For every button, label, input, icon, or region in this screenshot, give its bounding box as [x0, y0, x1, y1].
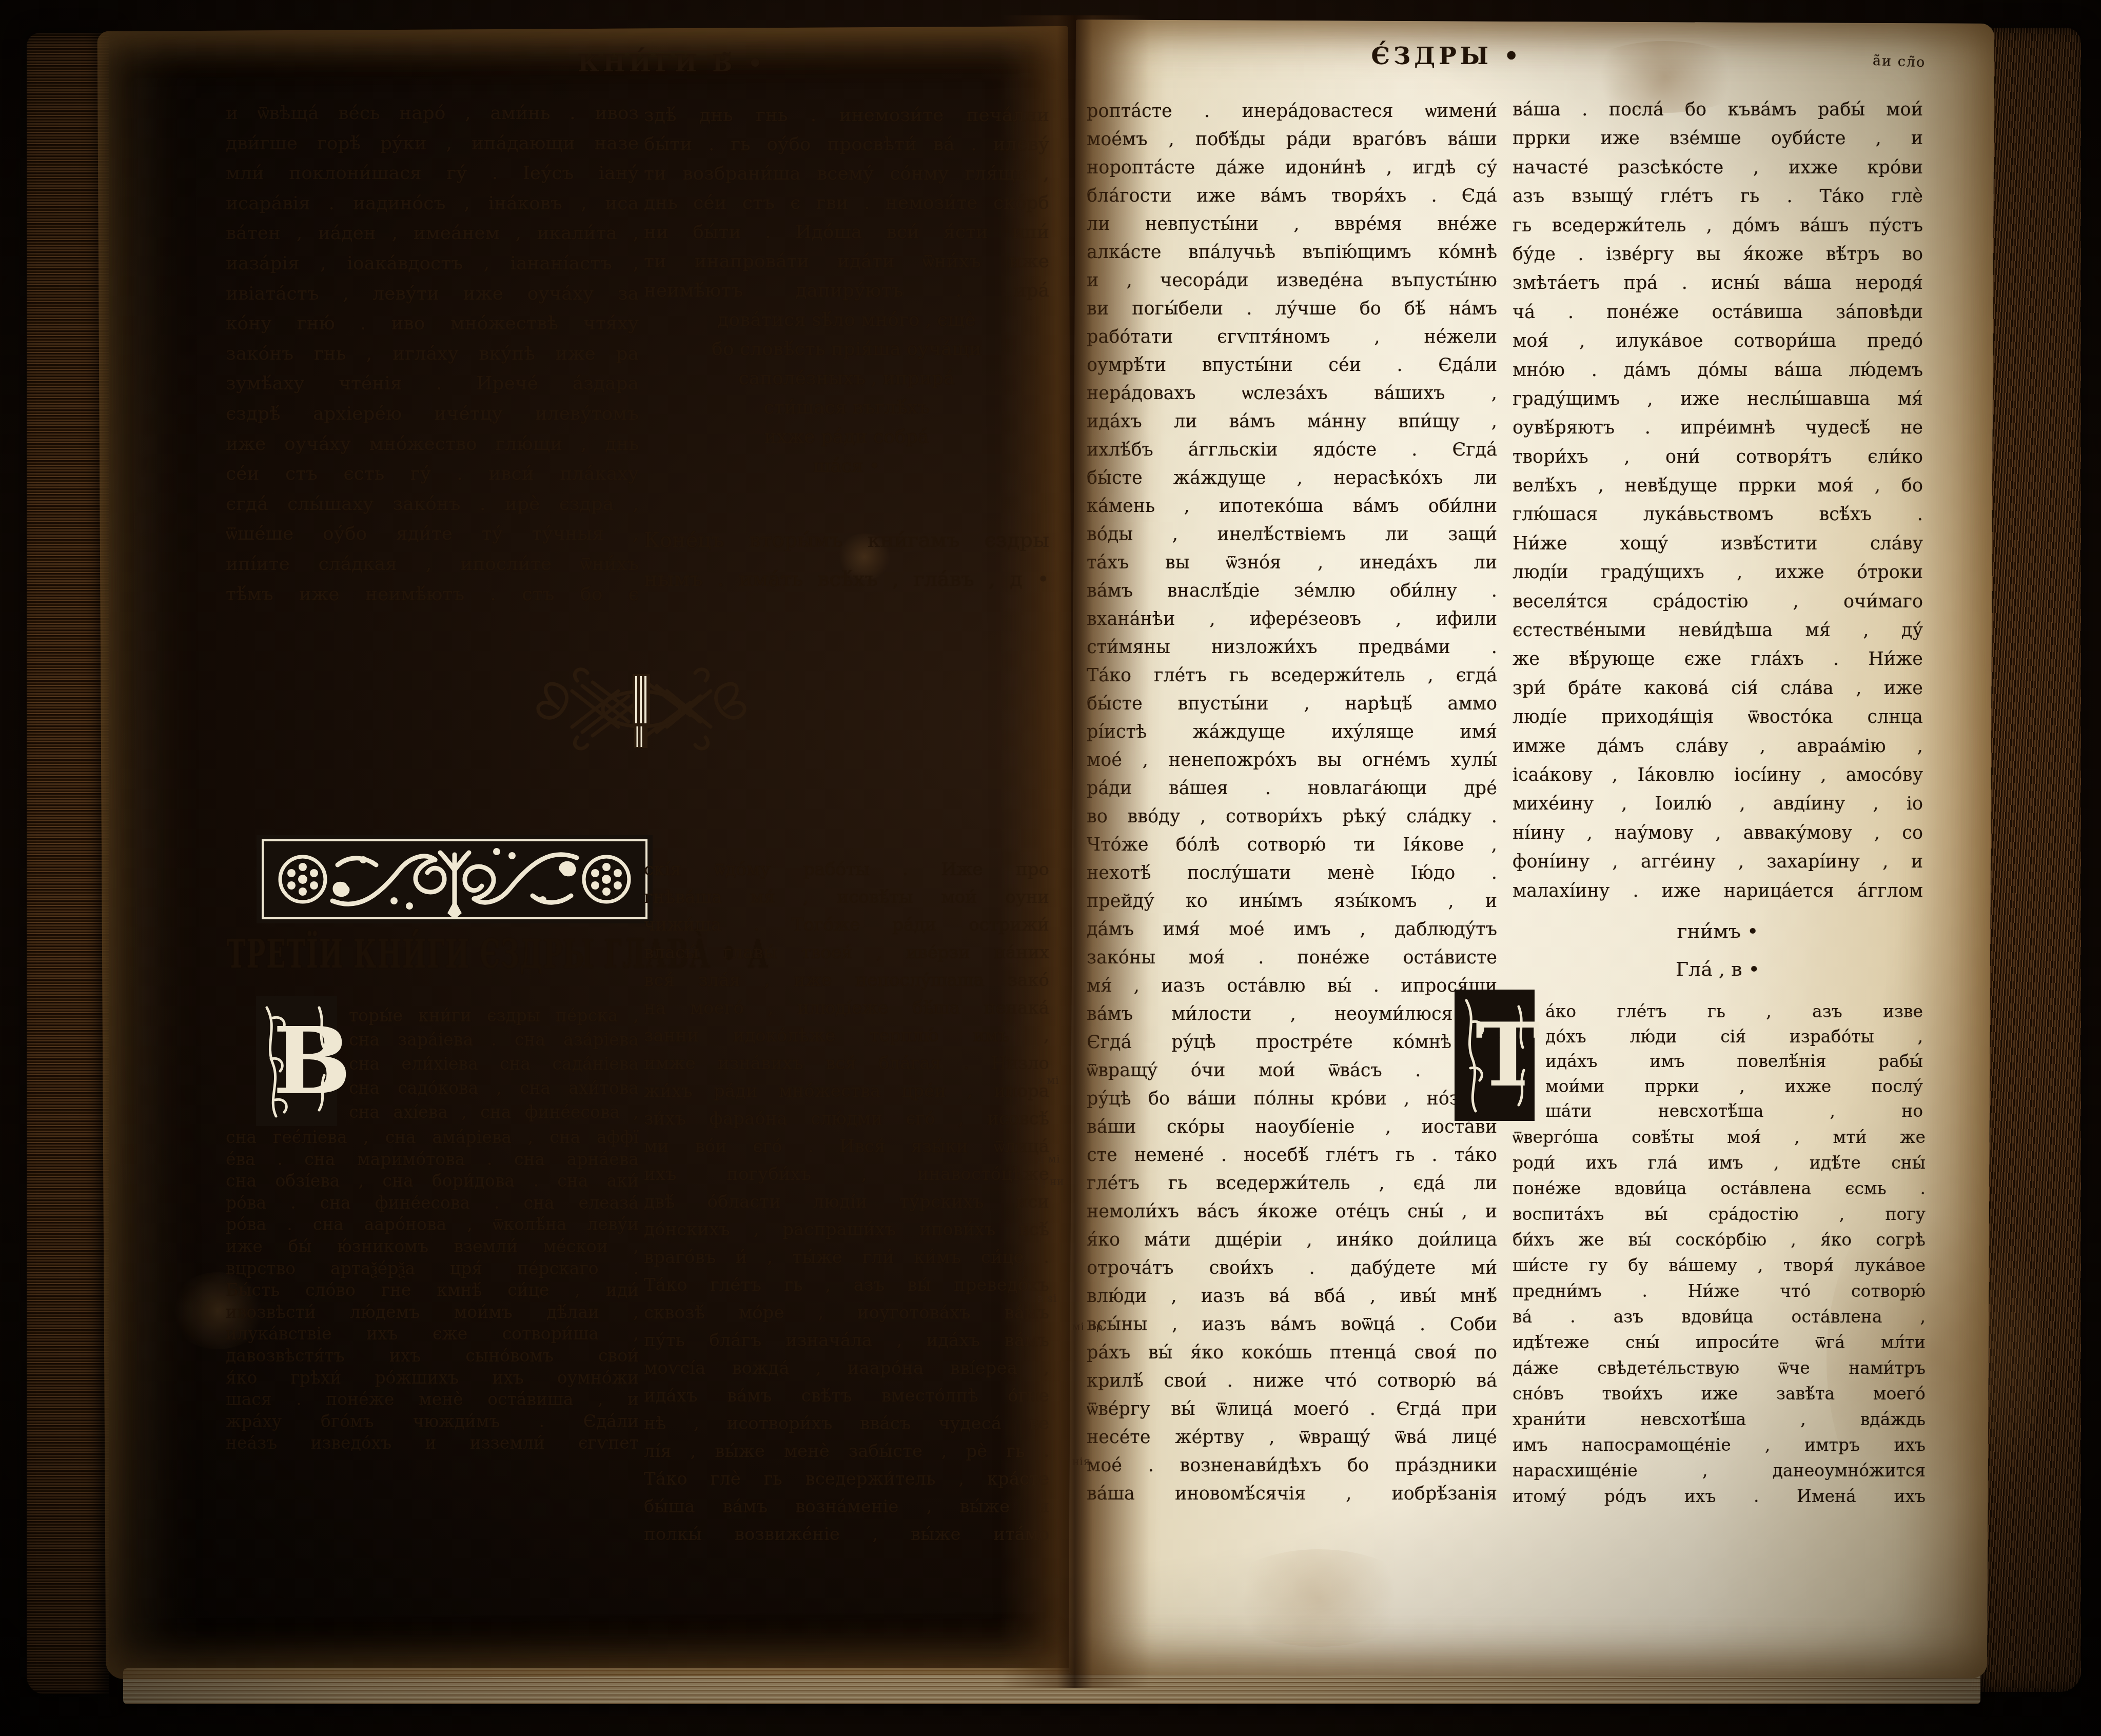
text-line: нехотѣ́ послу́шати менѐ Ію́до .: [1087, 859, 1497, 887]
text-line: иже бы́ ю́зникомъ вземли́ ме́скои ,: [226, 1236, 639, 1258]
text-line: зумѣ́аху чте́нія . Ирече́ а́здара: [226, 369, 639, 399]
text-line: немоли́хъ ва́съ я́коже оте́цъ сны́ , и: [1087, 1198, 1497, 1226]
text-line: Та́ко гле́тъ гь , азъ вы́ преведо́хъ: [644, 1271, 1049, 1299]
text-line: бо словѣ́сть прія́ша оуча́щи: [644, 334, 1049, 364]
text-line: ихлѣ́бъ а́ггльскіи ядо́сте . Єгда́: [1087, 436, 1497, 464]
text-line: мое́ . возненави́дѣхъ бо пра́здники: [1087, 1452, 1497, 1480]
text-line: мое́ , ненепожро́хъ вы огне́мъ хулы́: [1087, 746, 1497, 775]
initial-letter-block-v: В: [258, 997, 336, 1125]
text-line: ви погы́бели . лу́чше бо бѣ́ на́мъ: [1087, 295, 1497, 323]
text-line: мно́ю . да́мъ до́мы ва́ша лю́демъ: [1513, 356, 1923, 385]
text-line: змѣта́етъ пра́ . исны́ ва́ша неродя́: [1513, 269, 1923, 298]
text-line: бы́сте жа́ждуще , нерасѣко́хъ ли: [1087, 464, 1497, 492]
text-line: иже оуча́ху мно́жество глю́щи , днь: [226, 429, 639, 460]
text-line: велѣ́хъ , невѣ́дуще пррки моя́ , бо: [1513, 471, 1923, 500]
text-line: дова́тися ѕѣ́ло мно́го , єщѐ: [644, 305, 1049, 334]
text-line: ша́ся •: [644, 451, 1049, 481]
text-line: ихъ погуби́хъ , инавосто́цѣже: [644, 1160, 1049, 1188]
text-line: воспита́хъ вы́ сра́достію , погу: [1513, 1201, 1926, 1227]
text-line: ра́хъ вы́ я́ко коко́шь птенца́ своя́ по: [1087, 1339, 1497, 1367]
initial-letter-t: Т: [1456, 991, 1546, 1119]
text-line: оумрѣ́ти впусты́ни се́и . Єда́ли: [1087, 351, 1497, 380]
text-line: моѵсі́а вожда́ , иааро́на вві́ереа ,: [644, 1354, 1049, 1382]
text-line: во вво́ду , сотвори́хъ рѣку́ сла́дку .: [1087, 803, 1497, 831]
text-line: крилѣ́ свои́ . ниже что́ сотворю́ ва́: [1087, 1367, 1497, 1395]
marginal-note: ѕ мі: [1037, 1075, 1073, 1086]
left-running-head: КНИ́ГИ В̃ •: [508, 49, 836, 77]
marginal-note: іѯ ни: [1037, 1176, 1073, 1187]
text-line: всы́ны , иазъ ва́мъ воѿца́ . Соби: [1087, 1311, 1497, 1339]
text-line: се́и стъ єсть гу́ . ивси́ пла́каху: [226, 459, 639, 489]
text-line: алка́сте впа́лучьѣ въпію́щимъ ко́мнѣ: [1087, 239, 1497, 267]
text-line: враго́въ и́ , ты́же гли́ ки́мъ си́це .: [644, 1244, 1049, 1271]
text-line: саполе́зныхъ , иприра́: [644, 364, 1049, 393]
left-page-block-edge: [27, 33, 109, 1694]
left-col2-taper-text: дова́тися ѕѣ́ло мно́го , єщѐбо словѣ́сть…: [644, 305, 1049, 481]
text-line: мли́ поклони́шася гу́ . Іеу́съ іану́: [226, 159, 639, 189]
text-line: ши́сте гу бу ва́шему , творя́ лука́вое: [1513, 1253, 1926, 1278]
text-line: храни́ти невсхотѣ́ша , вда́ждь: [1513, 1407, 1926, 1432]
text-line: зако́нъ гнь , игла́ху вку́пѣ иже ра: [226, 339, 639, 369]
text-line: лі́я , вы́же менѐ забы́сте , рѐ гь .: [644, 1437, 1049, 1465]
text-line: ча́ . поне́же оста́виша за́повѣди: [1513, 298, 1923, 327]
text-line: дви́гше горѣ́ ру́ки , ипа́дающи назе: [226, 129, 639, 159]
text-line: да́мъ имя́ мое́ имъ , даблюду́тъ: [1087, 916, 1497, 944]
text-line: я́ко грѣхи́ ро́жшихъ ихъ оумно́жи: [226, 1367, 639, 1389]
text-line: неа́зъ изведо́хъ и изземли́ єгѵпет: [226, 1432, 639, 1454]
text-line: бы́ти . гь оу́бо просвѣти́ ва́ . илеву́: [644, 130, 1049, 159]
text-line: сна геє́ліева , сна ама́ріева , сна аффї: [226, 1127, 639, 1149]
text-line: зако́ны моя́ . поне́же оста́висте: [1087, 944, 1497, 972]
knot-ornament-svg: [528, 663, 754, 755]
text-line: бы́ша ва́мъ возна́меніе , вы́же и: [644, 1493, 1049, 1521]
text-line: предни́мъ . Ни́же что́ сотворю́: [1513, 1278, 1926, 1304]
right-col2-indent-text: а́ко гле́тъ гь , азъ изведо́хъ лю́ди сія…: [1545, 999, 1923, 1124]
left-col1-newbook-full: сна геє́ліева , сна ама́ріева , сна аффї…: [226, 1127, 639, 1454]
text-line: во́ды , инелѣ́ствіемъ ли защи́: [1087, 521, 1497, 549]
text-line: сна ели́хіева сна сада́ніева: [349, 1052, 639, 1076]
marginal-note: в ѕі: [1037, 1293, 1073, 1304]
text-line: рі́истѣ жа́ждуще иху́ляще имя́: [1087, 718, 1497, 746]
text-line: нымъ . има́ть всѣ́хъ , гла́въ , д •: [644, 563, 1049, 595]
text-line: Та́ко глѐ гь вседержи́тель , кра́сте: [644, 1465, 1049, 1493]
text-line: Что́же бо́лѣ сотворю́ ти Ія́кове ,: [1087, 831, 1497, 859]
right-running-head: Є́ЗДРЫ •: [1283, 42, 1611, 70]
text-line: гнѣва́ша мя́ , исовѣ́ты мои́ оуни: [644, 883, 1049, 911]
initial-letter-block-t: Т: [1456, 991, 1533, 1119]
text-line: ида́хъ ва́мъ свѣ́тъ вместо́лпѣ о́гне: [644, 1382, 1049, 1410]
colophon: Коне́цъ вторы́мъ кни́гамъ єздрынымъ . им…: [644, 524, 1049, 602]
text-line: шася . поне́же менѐ оста́виша , и: [226, 1389, 639, 1411]
text-line: здѣ́ днь гнь . инемози́те печа́лни: [644, 101, 1049, 130]
text-line: би́хъ же вы́ соско́рбію , я́ко согрѣ: [1513, 1227, 1926, 1253]
knot-ornament: [528, 663, 754, 755]
text-line: норопта́сте да́же идони́нѣ , игдѣ су́: [1087, 154, 1497, 182]
text-line: ти инапрова́ти ида́ти ѿни́хъ иже: [644, 247, 1049, 276]
text-line: сти́шася въглѣ́хъ: [644, 393, 1049, 422]
text-line: идѣ́теже сны́ ипроси́те ѿга́ мл́ти: [1513, 1330, 1926, 1355]
marginal-note: д мі: [1037, 1153, 1073, 1165]
text-line: ва́тен , иа́ден , имеа́нем , икали́та ,: [226, 219, 639, 249]
text-line: днь се́и стъ є гви . немози́те ско́рб: [644, 188, 1049, 218]
marginal-note: мі пр: [1072, 1321, 1108, 1332]
text-line: веселя́тся сра́достію , очи́маго: [1513, 587, 1923, 616]
text-line: рабо́тати єгѵптя́номъ , не́жели: [1087, 323, 1497, 351]
right-col1-text: ропта́сте . инера́довастеся ѡимени́мое́м…: [1087, 97, 1497, 1508]
text-line: сно́въ твои́хъ иже завѣ́та моего́: [1513, 1381, 1926, 1407]
text-line: моя́ , илука́вое сотвори́ша предо́: [1513, 327, 1923, 356]
text-line: ропта́сте . инера́довастеся ѡимени́: [1087, 97, 1497, 126]
text-line: нарасхище́ніе , данеоумно́жится: [1513, 1458, 1926, 1484]
text-line: ва́ша иновомѣ́сячія , иобрѣ́занія: [1087, 1480, 1497, 1508]
text-line: влю́ди , иазъ ва́ вба́ , ивы́ мнѣ́: [1087, 1283, 1497, 1311]
chapter-title: ТРЕТЇИ КНИ́ГИ ЄЗДРЫ ГЛАВА̀ • А: [227, 931, 644, 977]
text-line: начасте́ разсѣко́сте , ихже кро́ви: [1513, 153, 1923, 182]
text-line: ка́мень , ипотеко́ша ва́мъ оби́лни: [1087, 492, 1497, 521]
text-line: ми во́и єго́ . Ився́ язы́ки ѿлица́: [644, 1133, 1049, 1160]
text-line: бла́гости иже ва́мъ творя́хъ . Єда́: [1087, 182, 1497, 210]
text-line: ра́ди ва́шея . новлага́ющи дре́: [1087, 775, 1497, 803]
text-line: ша́ти невсхотѣ́ша , но: [1545, 1099, 1923, 1124]
text-line: та́хъ вы ѿзно́я , инеда́хъ ли: [1087, 549, 1497, 577]
text-line: гь вседержи́тель , до́мъ ва́шъ пу́стъ: [1513, 211, 1923, 240]
text-line: несе́те же́ртву , ѿвращу́ ѿва́ лице́: [1087, 1424, 1497, 1452]
text-line: скі́я ѿдо́му рабо́ты . Иже про: [644, 856, 1049, 883]
text-line: нера́довахъ ѡслеза́хъ ва́шихъ ,: [1087, 380, 1497, 408]
initial-letter-v: В: [258, 997, 351, 1125]
text-line: занни идоко́лѣже терплю́ имъ ,: [644, 1022, 1049, 1050]
text-line: е́ва . сна маримо́това . сна арна́ева: [226, 1149, 639, 1171]
text-line: полкы́ возвиже́ніе , вы́же ита́мо: [644, 1521, 1049, 1548]
text-line: сквозѣ́ мо́ре , иоуготова́хъ ва́мъ: [644, 1299, 1049, 1327]
text-line: ти возбрани́ша всему́ со́нму гля́щи ,: [644, 159, 1049, 188]
text-line: роди́ ихъ гла́ имъ , идѣ́те сны́: [1513, 1150, 1926, 1176]
text-line: давозвѣстя́тъ ихъ сыно́вомъ свои́: [226, 1345, 639, 1367]
text-line: двѣ́ о́бласти люді́и ту́рскихъ иси: [644, 1188, 1049, 1216]
text-line: отроча́тъ свои́хъ . дабу́дете ми́: [1087, 1254, 1497, 1283]
text-line: люді́и граду́щихъ , ихже о́троки: [1513, 558, 1923, 587]
text-line: поне́же вдови́ца оста́влена єсмь .: [1513, 1176, 1926, 1201]
text-line: да́же свѣдете́льствую ѿче нами́тръ: [1513, 1355, 1926, 1381]
text-line: єстестве́ными неви́дѣша мя́ , ду́: [1513, 616, 1923, 645]
text-line: прейду́ ко ины́мъ язы́комъ , и: [1087, 887, 1497, 916]
text-line: до́хъ лю́ди сія́ израбо́ты ,: [1545, 1024, 1923, 1050]
text-line: ва́мъ ми́лости , неоуми́люся .: [1087, 1000, 1497, 1029]
text-line: Єгда́ ру́цѣ простре́те ко́мнѣ ,: [1087, 1029, 1497, 1057]
text-line: нѣ , исотвори́хъ вва́съ чудеса́ ве: [644, 1410, 1049, 1437]
text-line: пррки иже взе́мше оуби́сте , и: [1513, 124, 1923, 153]
text-line: тѣ́мъ иже неимѣ́ютъ . стъ бо є: [226, 580, 639, 610]
text-line: ру́цѣ бо ва́ши по́лны кро́ви , но́зѣже: [1087, 1085, 1497, 1113]
text-line: фоні́ину , агге́ину , захарі́ину , и: [1513, 847, 1923, 876]
text-line: ли невпусты́ни , ввре́мя вне́же: [1087, 210, 1497, 239]
text-line: Коне́цъ вторы́мъ кни́гамъ єздры: [644, 524, 1049, 556]
text-line: твори́хъ , они́ сотворя́тъ єли́ко: [1513, 443, 1923, 471]
right-col2-full-text: ѿверго́ша совѣ́ты моя́ , мти́ жероди́ их…: [1513, 1125, 1926, 1509]
text-line: бу́де . ізве́ргу вы я́коже вѣ́тръ во: [1513, 240, 1923, 269]
text-line: до́нскихъ , распраши́хъ ипови́хъ всѣ́: [644, 1216, 1049, 1244]
text-line: имже да́мъ сла́ву , авраа́мію ,: [1513, 732, 1923, 761]
text-line: глю́шася лука́вьствомъ всѣ́хъ .: [1513, 500, 1923, 529]
text-line: торы́е кни́ги єздры пе́рска ,: [349, 1003, 639, 1028]
text-line: граду́щимъ , иже неслы́шавша мя́: [1513, 385, 1923, 413]
text-line: оувѣ́ряютъ . ипре́имнѣ чудесѣ́ не: [1513, 413, 1923, 442]
text-line: вся́ зла́я , иже непослу́шаша зако́: [644, 966, 1049, 994]
text-line: мя́ , иазъ оста́влю вы́ . ипрося́щи: [1087, 972, 1497, 1000]
text-line: зи́хъ фарао́на слю́дми єго́ , исовсѣ́: [644, 1105, 1049, 1133]
text-line: сте немене́ . носебѣ́ гле́тъ гь . та́ко: [1087, 1141, 1497, 1170]
text-line: и ѿвѣща́ ве́сь наро́ , ами́нь . ивоз: [226, 98, 639, 129]
text-line: ва́ша . посла́ бо къва́мъ рабы́ мои́: [1513, 95, 1923, 124]
text-line: ва́ . азъ вдови́ца оста́влена ,: [1513, 1304, 1926, 1330]
text-line: имъ напосрамоще́ніе , имтръ ихъ: [1513, 1432, 1926, 1458]
text-line: ѿвращу́ о́чи мои́ ѿва́съ . зане́: [1087, 1057, 1497, 1085]
text-line: ипі́ите сла́дкая , ипосли́те ѿни́хъ: [226, 549, 639, 580]
text-line: ивозвѣсти́ лю́демъ мои́мъ дѣ́лаи ,: [226, 1301, 639, 1324]
text-line: Та́ко гле́тъ гь вседержи́тель , єгда́: [1087, 662, 1497, 690]
text-line: исара́вія . иадино́съ , іна́ковъ , иса: [226, 189, 639, 219]
text-line: я́ко ма́ти дще́ріи , иня́ко дои́лица: [1087, 1226, 1497, 1254]
text-line: ѿве́ргу вы́ ѿлица́ моего́ . Єгда́ при: [1087, 1395, 1497, 1424]
marginal-note: нія: [1072, 1456, 1108, 1467]
text-line: люді́е приходя́щія ѿвосто́ка слнца: [1513, 703, 1923, 732]
text-line: а́ко гле́тъ гь , азъ изве: [1545, 999, 1923, 1024]
right-col2-center-lines: гни́мъ •Гла́ , в •: [1513, 912, 1923, 988]
text-line: гле́тъ гь вседержи́тель , єда́ ли: [1087, 1170, 1497, 1198]
text-line: же вѣ́рующе єже гла́хъ . Ни́же: [1513, 645, 1923, 674]
text-line: сна зара́іева . сна аза́ріева: [349, 1028, 639, 1052]
text-line: зри́ бра́те какова́ сія́ сла́ва , иже: [1513, 674, 1923, 703]
text-line: ида́хъ имъ повелѣ́нія рабы́: [1545, 1049, 1923, 1074]
book-photo: КНИ́ГИ В̃ • и ѿвѣща́ ве́сь наро́ , ами́н…: [0, 0, 2101, 1736]
text-line: єгда́ слы́шаху зако́нъ . ирѐ єздра ,: [226, 489, 639, 520]
text-line: имже изна́вихъ вся́ бла́гая . Низло: [644, 1050, 1049, 1077]
text-line: ни бы́ти . Идо́ша вси́ я́сти ипи́: [644, 218, 1049, 247]
text-line: азъ взыщу́ гле́тъ гь . Та́ко глѐ: [1513, 182, 1923, 211]
quire-signature: а̃и сл̃о: [1873, 53, 1966, 72]
text-line: бы́сте впусты́ни , нарѣцѣ́ аммо: [1087, 690, 1497, 718]
text-line: иаза́рія , іоака́вдостъ , іанані́астъ ,: [226, 249, 639, 279]
text-line: ро́ва . сна фине́есова . сна елеаза́: [226, 1192, 639, 1214]
text-line: неимѣ́ютъ дапиру́ютъ . ира́: [644, 276, 1049, 305]
text-line: Гла́ , в •: [1513, 950, 1923, 988]
text-line: вхана́нѣи , ифере́зеовъ , ифили: [1087, 605, 1497, 634]
text-line: ко́ну гню́ . иво мно́жествѣ чтя́ху: [226, 309, 639, 339]
text-line: жи́хъ ра́ди мно́жества цре́и , ипора: [644, 1077, 1049, 1105]
text-line: на моего́ , илюді́еже бѣ́ша ненака́: [644, 994, 1049, 1022]
text-line: чижи́ша . Того́же ра́ди острижи́: [644, 911, 1049, 939]
left-col1-top-text: и ѿвѣща́ ве́сь наро́ , ами́нь . ивоздви́…: [226, 98, 639, 609]
headpiece-svg: [256, 834, 654, 924]
text-line: ва́ши ско́ры наоубі́еніе , иоста́ви: [1087, 1113, 1497, 1141]
text-line: и , чесора́ди изведе́на въпусты́ню: [1087, 267, 1497, 295]
text-line: вцрство артаѯе́рѯа цря́ пе́рскаго .: [226, 1258, 639, 1280]
text-line: ѿверго́ша совѣ́ты моя́ , мти́ же: [1513, 1125, 1926, 1150]
text-line: Ни́же хощу́ извѣ́стити сла́ву: [1513, 529, 1923, 558]
text-line: гни́мъ •: [1513, 912, 1923, 950]
text-line: сти́мяны низложи́хъ предва́ми .: [1087, 634, 1497, 662]
text-line: ида́хъ ли ва́мъ ма́нну впи́щу ,: [1087, 408, 1497, 436]
text-line: ихже ра́ди собра́: [644, 422, 1049, 451]
text-line: Бы́сть сло́во гне кмнѣ́ си́це , иди́: [226, 1279, 639, 1301]
text-line: ро́ва . сна ааро́нова , ѿколѣ́на леву́и: [226, 1214, 639, 1236]
text-line: михе́ину , Іоилю́ , авді́ину , іо: [1513, 790, 1923, 818]
text-line: власы́ главы́ твоея́ , иве́рзи на́них: [644, 939, 1049, 966]
text-line: ісаа́кову , Іа́ковлю іосі́ину , амосо́ву: [1513, 761, 1923, 790]
text-line: сна садо́кова , сна ахи́това: [349, 1076, 639, 1100]
left-col1-newbook-indent: торы́е кни́ги єздры пе́рска ,сна зара́іе…: [349, 1003, 639, 1124]
text-line: илука́вствіе ихъ єже сотвори́ша ,: [226, 1323, 639, 1345]
text-line: итому́ ро́дъ ихъ . Имена́ ихъ: [1513, 1484, 1926, 1509]
headpiece-ornament: [256, 834, 654, 924]
text-line: малахі́ину . иже нарица́ется а́гглом: [1513, 877, 1923, 905]
text-line: сна обзі́ева , сна бори́дова . сна аки́: [226, 1170, 639, 1192]
text-line: ва́мъ внаслѣ́діе зе́млю оби́лну .: [1087, 577, 1497, 605]
text-line: сна ахі́ева , сна фине́есова ,: [349, 1100, 639, 1124]
right-col2-top-text: ва́ша . посла́ бо къва́мъ рабы́ мои́пррк…: [1513, 95, 1923, 905]
text-line: єздрѣ́ архіере́ю иче́тцу илеву́томъ: [226, 399, 639, 429]
text-line: мои́ми пррки , ихже послу́: [1545, 1074, 1923, 1099]
text-line: жра́ху бго́мъ чюжди́мъ . Єда́ли: [226, 1411, 639, 1433]
left-col2-bottom-text: скі́я ѿдо́му рабо́ты . Иже прогнѣва́ша м…: [644, 856, 1049, 1548]
text-line: ні́ину , нау́мову , авваку́мову , со: [1513, 819, 1923, 847]
left-col2-top-text: здѣ́ днь гнь . инемози́те печа́лнибы́ти …: [644, 101, 1049, 305]
text-line: мое́мъ , побѣ́ды ра́ди враго́въ ва́ши: [1087, 126, 1497, 154]
text-line: ѿше́ше оу́бо яди́те ту́ ту́чныя ,: [226, 519, 639, 549]
text-line: ивіата́стъ , леву́ти иже оуча́ху за: [226, 279, 639, 309]
text-line: пу́ть бла́гъ изнача́ла , ида́хъ ва́мъ: [644, 1327, 1049, 1354]
